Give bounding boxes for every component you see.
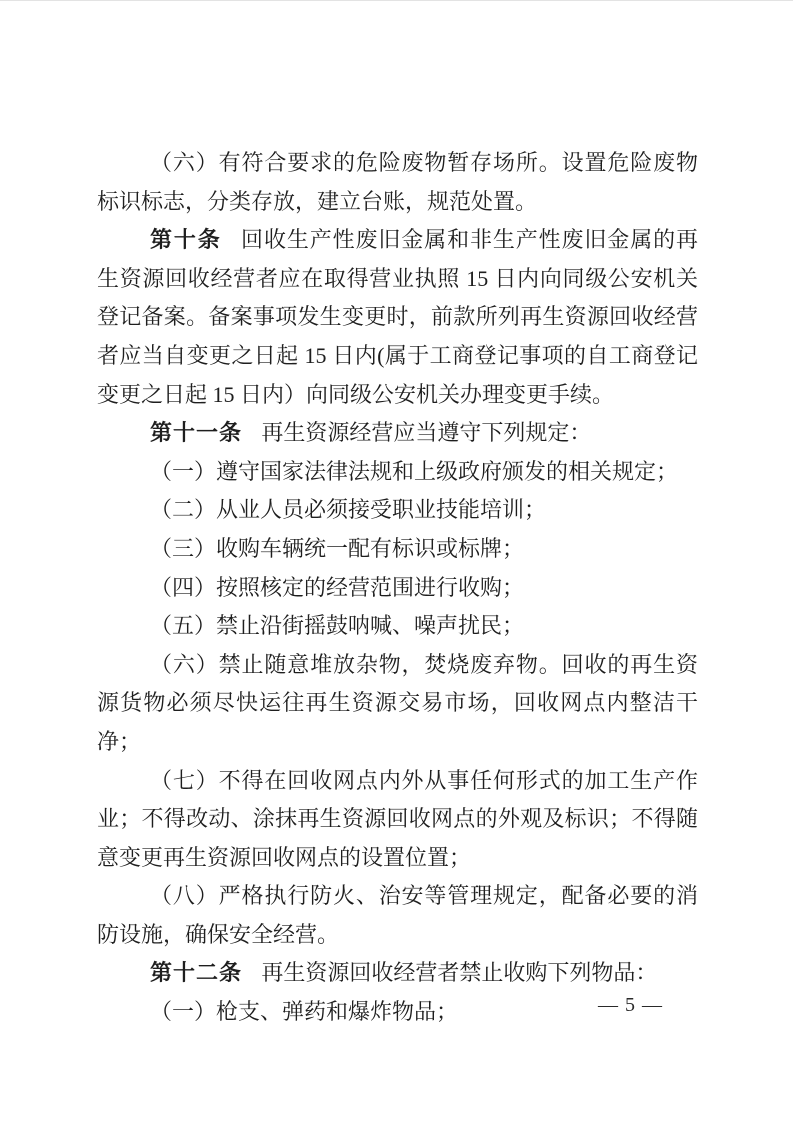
article-number: 第十一条: [150, 420, 242, 445]
paragraph: （二）从业人员必须接受职业技能培训；: [97, 491, 698, 530]
paragraph: 第十二条再生资源回收经营者禁止收购下列物品：: [97, 954, 698, 993]
paragraph-text: 再生资源回收经营者禁止收购下列物品：: [261, 960, 657, 985]
paragraph: （五）禁止沿街摇鼓呐喊、噪声扰民；: [97, 607, 698, 646]
paragraph: 第十条回收生产性废旧金属和非生产性废旧金属的再生资源回收经营者应在取得营业执照 …: [97, 221, 698, 414]
paragraph: （六）有符合要求的危险废物暂存场所。设置危险废物标识标志，分类存放，建立台账，规…: [97, 144, 698, 221]
document-body: （六）有符合要求的危险废物暂存场所。设置危险废物标识标志，分类存放，建立台账，规…: [97, 144, 698, 1032]
page-number: — 5 —: [598, 994, 663, 1017]
document-page: （六）有符合要求的危险废物暂存场所。设置危险废物标识标志，分类存放，建立台账，规…: [0, 0, 793, 1122]
paragraph-text: （三）收购车辆统一配有标识或标牌；: [150, 536, 524, 561]
paragraph-text: 回收生产性废旧金属和非生产性废旧金属的再生资源回收经营者应在取得营业执照 15 …: [97, 227, 698, 406]
article-number: 第十二条: [150, 960, 242, 985]
paragraph: （七）不得在回收网点内外从事任何形式的加工生产作业；不得改动、涂抹再生资源回收网…: [97, 762, 698, 878]
paragraph-text: （六）禁止随意堆放杂物，焚烧废弃物。回收的再生资源货物必须尽快运往再生资源交易市…: [97, 652, 698, 754]
paragraph: （一）遵守国家法律法规和上级政府颁发的相关规定；: [97, 453, 698, 492]
paragraph: （四）按照核定的经营范围进行收购；: [97, 569, 698, 608]
paragraph-text: （六）有符合要求的危险废物暂存场所。设置危险废物标识标志，分类存放，建立台账，规…: [97, 150, 698, 214]
paragraph: （六）禁止随意堆放杂物，焚烧废弃物。回收的再生资源货物必须尽快运往再生资源交易市…: [97, 646, 698, 762]
paragraph: （八）严格执行防火、治安等管理规定，配备必要的消防设施，确保安全经营。: [97, 877, 698, 954]
paragraph-text: （八）严格执行防火、治安等管理规定，配备必要的消防设施，确保安全经营。: [97, 883, 698, 947]
paragraph-text: （一）枪支、弹药和爆炸物品；: [150, 999, 458, 1024]
paragraph-text: （七）不得在回收网点内外从事任何形式的加工生产作业；不得改动、涂抹再生资源回收网…: [97, 768, 698, 870]
paragraph: 第十一条再生资源经营应当遵守下列规定：: [97, 414, 698, 453]
paragraph-text: （四）按照核定的经营范围进行收购；: [150, 575, 524, 600]
article-number: 第十条: [150, 227, 222, 252]
paragraph-text: 再生资源经营应当遵守下列规定：: [261, 420, 591, 445]
paragraph-text: （一）遵守国家法律法规和上级政府颁发的相关规定；: [150, 459, 678, 484]
paragraph: （三）收购车辆统一配有标识或标牌；: [97, 530, 698, 569]
paragraph-text: （二）从业人员必须接受职业技能培训；: [150, 497, 546, 522]
paragraph-text: （五）禁止沿街摇鼓呐喊、噪声扰民；: [150, 613, 524, 638]
